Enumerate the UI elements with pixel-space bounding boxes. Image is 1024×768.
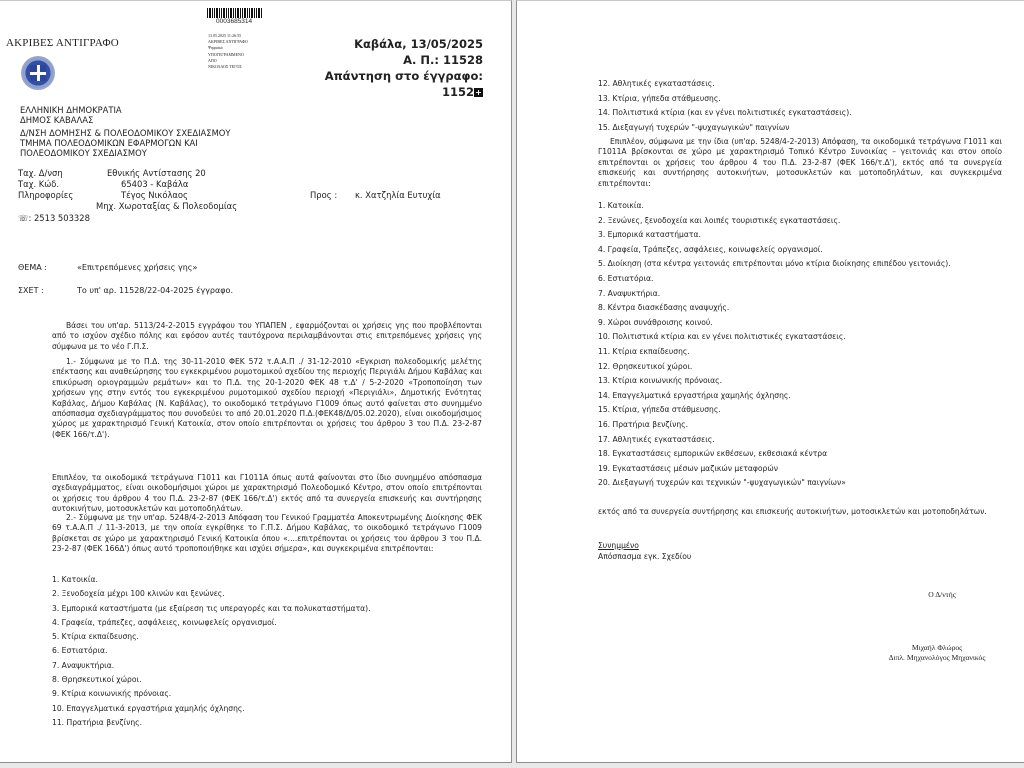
subject-value: «Επιτρεπόμενες χρήσεις γης» (77, 263, 197, 272)
list-item: 11. Πρατήρια βενζίνης. (52, 716, 371, 730)
recipient-label: Προς : (310, 190, 337, 200)
greek-coat-of-arms-icon (22, 57, 54, 89)
reply-label: Απάντηση στο έγγραφο: (325, 68, 483, 84)
related-label: ΣΧΕΤ : (18, 286, 44, 295)
expand-plus-icon[interactable]: + (474, 88, 483, 97)
list-item: 12. Αθλητικές εγκαταστάσεις. (598, 77, 852, 92)
list-item: 4. Γραφεία, Τράπεζες, ασφάλειες, κοινωφε… (598, 243, 951, 258)
date-protocol-block: Καβάλα, 13/05/2025 Α. Π.: 11528 Απάντηση… (325, 36, 483, 100)
paragraph-1b: Επιπλέον, τα οικοδομικά τετράγωνα Γ1011 … (52, 473, 482, 515)
signature-role: Διπλ. Μηχανολόγος Μηχανικός (847, 653, 1024, 662)
list-item: 11. Κτίρια εκπαίδευσης. (598, 345, 951, 360)
document-page-1: ΑΚΡΙΒΕΣ ΑΝΤΙΓΡΑΦΟ 0003685314 13.05.2025 … (0, 0, 512, 763)
list-item: 5. Κτίρια εκπαίδευσης. (52, 630, 371, 644)
document-page-2: 12. Αθλητικές εγκαταστάσεις. 13. Κτίρια,… (516, 0, 1024, 763)
list-item: 15. Διεξαγωγή τυχερών "-ψυχαγωγικών" παι… (598, 121, 852, 136)
general-residence-uses-list-continued: 12. Αθλητικές εγκαταστάσεις. 13. Κτίρια,… (598, 77, 852, 135)
barcode (207, 8, 263, 18)
list-item: 12. Θρησκευτικοί χώροι. (598, 360, 951, 375)
info-label: Πληροφορίες (18, 190, 73, 200)
paragraph-3: Επιπλέον, σύμφωνα με την ίδια (υπ'αρ. 52… (598, 137, 1002, 189)
list-item: 8. Κέντρα διασκέδασης αναψυχής. (598, 301, 951, 316)
list-item: 4. Γραφεία, τράπεζες, ασφάλειες, κοινωφε… (52, 616, 371, 630)
list-item: 10. Επαγγελματικά εργαστήρια χαμηλής όχλ… (52, 702, 371, 716)
list-item: 1. Κατοικία. (52, 573, 371, 587)
list-item: 7. Αναψυκτήρια. (598, 287, 951, 302)
paragraph-1: 1.- Σύμφωνα με το Π.Δ. της 30-11-2010 ΦΕ… (52, 357, 482, 440)
date-line: Καβάλα, 13/05/2025 (325, 36, 483, 52)
list-item: 17. Αθλητικές εγκαταστάσεις. (598, 433, 951, 448)
list-item: 19. Εγκαταστάσεις μέσων μαζικών μεταφορώ… (598, 462, 951, 477)
info-value: Τέγος Νικόλαος (121, 190, 188, 200)
exception-line: εκτός από τα συνεργεία συντήρησης και επ… (598, 507, 987, 516)
list-item: 15. Κτίρια, γήπεδα στάθμευσης. (598, 403, 951, 418)
recipient-value: κ. Χατζηλία Ευτυχία (355, 190, 441, 200)
list-item: 16. Πρατήρια βενζίνης. (598, 418, 951, 433)
list-item: 6. Εστιατόρια. (598, 272, 951, 287)
attachment-value[interactable]: Απόσπασμα εγκ. Σχεδίου (598, 552, 691, 561)
organization-header: ΕΛΛΗΝΙΚΗ ΔΗΜΟΚΡΑΤΙΑ ΔΗΜΟΣ ΚΑΒΑΛΑΣ Δ/ΝΣΗ … (20, 105, 231, 158)
list-item: 3. Εμπορικά καταστήματα (με εξαίρεση τις… (52, 602, 371, 616)
list-item: 1. Κατοικία. (598, 199, 951, 214)
address-value: Εθνικής Αντίστασης 20 (107, 168, 206, 178)
list-item: 20. Διεξαγωγή τυχερών και τεχνικών "-ψυχ… (598, 476, 951, 491)
list-item: 7. Αναψυκτήρια. (52, 659, 371, 673)
info-role: Μηχ. Χωροταξίας & Πολεοδομίας (96, 201, 237, 211)
list-item: 9. Κτίρια κοινωνικής πρόνοιας. (52, 687, 371, 701)
reply-number: 1152 (442, 85, 474, 99)
related-value: Το υπ' αρ. 11528/22-04-2025 έγγραφο. (77, 286, 233, 295)
list-item: 6. Εστιατόρια. (52, 644, 371, 658)
phone-number: ☏: 2513 503328 (18, 213, 90, 223)
neighborhood-center-uses-list: 1. Κατοικία. 2. Ξενώνες, ξενοδοχεία και … (598, 199, 951, 491)
list-item: 13. Κτίρια, γήπεδα στάθμευσης. (598, 92, 852, 107)
list-item: 13. Κτίρια κοινωνικής πρόνοιας. (598, 374, 951, 389)
intro-paragraph: Βάσει του υπ'αρ. 5113/24-2-2015 εγγράφου… (52, 321, 482, 352)
subject-label: ΘΕΜΑ : (18, 263, 47, 272)
postal-label: Ταχ. Κώδ. (18, 179, 59, 189)
signature-name: Μιχαήλ Φλώρος (847, 643, 1024, 652)
list-item: 18. Εγκαταστάσεις εμπορικών εκθέσεων, εκ… (598, 447, 951, 462)
signature-title: Ο Δ/ντής (907, 590, 977, 599)
postal-value: 65403 - Καβάλα (121, 179, 188, 189)
barcode-number: 0003685314 (216, 18, 252, 25)
attachment-label: Συνημμένο (598, 541, 639, 550)
address-label: Ταχ. Δ/νση (18, 168, 63, 178)
list-item: 14. Πολιτιστικά κτίρια (και εν γένει πολ… (598, 106, 852, 121)
list-item: 3. Εμπορικά καταστήματα. (598, 228, 951, 243)
list-item: 2. Ξενοδοχεία μέχρι 100 κλινών και ξενών… (52, 587, 371, 601)
protocol-number: Α. Π.: 11528 (325, 52, 483, 68)
paragraph-2: 2.- Σύμφωνα με την υπ'αρ. 5248/4-2-2013 … (52, 513, 482, 555)
reply-number-line: 1152+ (325, 84, 483, 100)
digital-signature-stamp: 13.05.2025 11:26:55 ΑΚΡΙΒΕΣ ΑΝΤΙΓΡΑΦΟ Ψη… (208, 33, 248, 70)
list-item: 10. Πολιτιστικά κτίρια και εν γένει πολι… (598, 330, 951, 345)
certified-copy-label: ΑΚΡΙΒΕΣ ΑΝΤΙΓΡΑΦΟ (6, 37, 119, 49)
list-item: 8. Θρησκευτικοί χώροι. (52, 673, 371, 687)
list-item: 9. Χώροι συνάθροισης κοινού. (598, 316, 951, 331)
list-item: 2. Ξενώνες, ξενοδοχεία και λοιπές τουρισ… (598, 214, 951, 229)
list-item: 14. Επαγγελματικά εργαστήρια χαμηλής όχλ… (598, 389, 951, 404)
list-item: 5. Διοίκηση (στα κέντρα γειτονιάς επιτρέ… (598, 257, 951, 272)
general-residence-uses-list: 1. Κατοικία. 2. Ξενοδοχεία μέχρι 100 κλι… (52, 573, 371, 730)
